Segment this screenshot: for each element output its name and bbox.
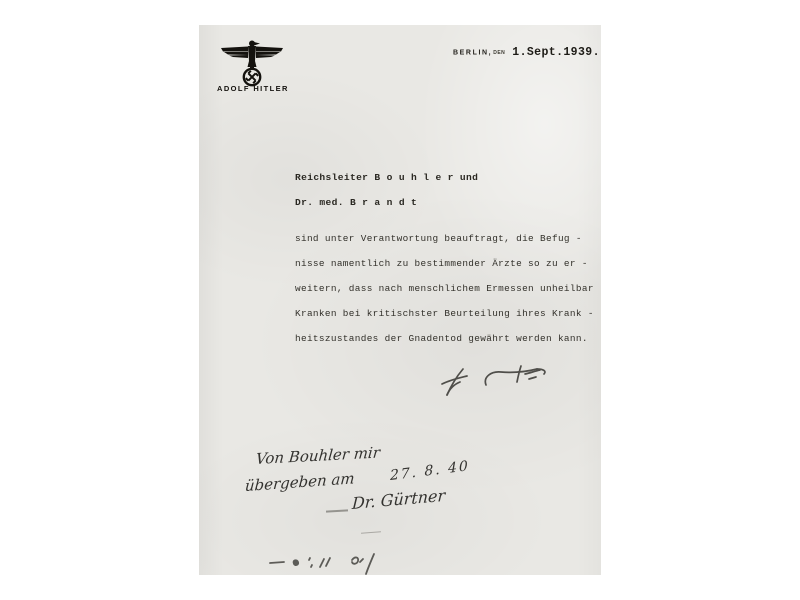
dateline-date: 1.Sept.1939. <box>512 46 600 59</box>
letterhead-name: ADOLF HITLER <box>217 84 287 93</box>
illegible-pencil-marks <box>268 550 413 576</box>
dateline-den: DEN <box>493 50 505 56</box>
body-line: heitszustandes der Gnadentod gewährt wer… <box>295 333 588 344</box>
body-line: Kranken bei kritischster Beurteilung ihr… <box>295 308 594 319</box>
reichsadler-eagle-swastika-icon <box>220 39 284 87</box>
hitler-signature <box>432 362 560 404</box>
body-line: weitern, dass nach menschlichem Ermessen… <box>295 283 594 294</box>
addressee-line: Reichsleiter B o u h l e r und <box>295 172 478 183</box>
body-line: sind unter Verantwortung beauftragt, die… <box>295 233 582 244</box>
document-photo: ADOLF HITLER BERLIN,DEN1.Sept.1939. Reic… <box>0 0 800 600</box>
body-line: nisse namentlich zu bestimmender Ärzte s… <box>295 258 588 269</box>
dateline: BERLIN,DEN1.Sept.1939. <box>453 44 600 60</box>
addressee-line: Dr. med. B r a n d t <box>295 197 417 208</box>
dateline-place: BERLIN, <box>453 49 492 56</box>
